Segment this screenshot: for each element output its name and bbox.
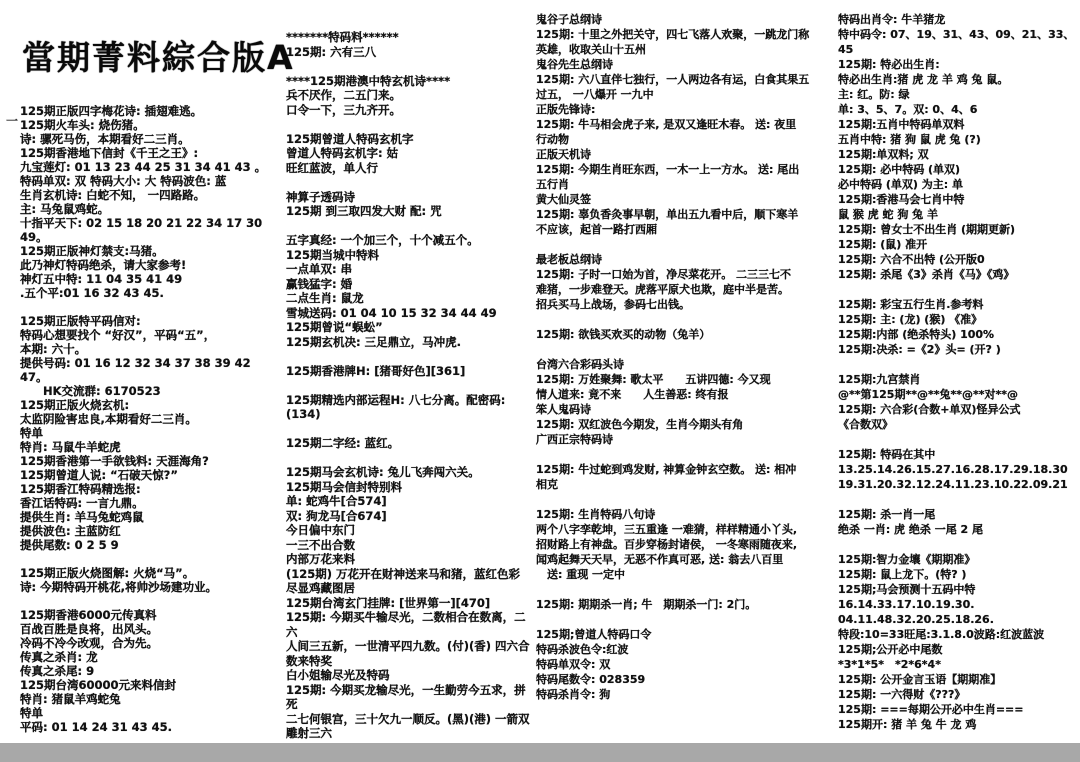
text-line: 雕射三六 <box>286 726 534 741</box>
text-line <box>536 312 832 327</box>
text-line: 125期: 期期杀一肖; 牛 期期杀一门: 2门。 <box>536 597 832 612</box>
text-line: 125期: 双红波色今期发，生肖今期头有角 <box>536 417 832 432</box>
text-line <box>536 492 832 507</box>
text-line: 04.11.48.32.20.25.18.26. <box>838 612 1078 627</box>
text-line: 广西正宗特码诗 <box>536 432 832 447</box>
text-line: 招财路上有神盘。百步穿杨封诸侯， 一冬寒雨随夜来, <box>536 537 832 552</box>
text-line: 五字真经: 一个加三个，十个减五个。 <box>286 233 534 248</box>
text-line <box>838 432 1078 447</box>
text-line: 招兵买马上战场，参码七出钱。 <box>536 297 832 312</box>
text-line: 口令一下，三九齐开。 <box>286 103 534 118</box>
text-line: 台湾六合彩码头诗 <box>536 357 832 372</box>
text-line: 特中码令: 07、19、31、43、09、21、33、45 <box>838 27 1078 57</box>
text-line: 诗: 今期特码开桃花,将帅沙场建功业。 <box>20 580 276 594</box>
text-line: (125期) 万花开在财神送来马和猪，蓝红色彩 <box>286 567 534 582</box>
scan-artifact-dash: 一 <box>6 112 18 129</box>
text-line: 难猪，一步难登天。虎落平原犬也欺，庭中半是苦。 <box>536 282 832 297</box>
text-line <box>536 237 832 252</box>
text-line <box>838 537 1078 552</box>
text-line: 此乃神灯特码绝杀，请大家参考! <box>20 258 276 272</box>
text-line: 闻鸡起舞天天早，无恶不作真可恶, 送: 翁去八百里 <box>536 552 832 567</box>
scanner-background-strip <box>0 743 1080 762</box>
text-line: 最老板总纲诗 <box>536 252 832 267</box>
text-line: 特段:10=33旺尾:3.1.8.0波路:红波蓝波 <box>838 627 1078 642</box>
text-line <box>838 282 1078 297</box>
text-line: 125期: 牛过蛇到鸡发财, 神算金钟玄空数。 送: 相冲 <box>536 462 832 477</box>
text-line: 提供波色: 主蓝防红 <box>20 524 276 538</box>
text-line: 神灯五中特: 11 04 35 41 49 <box>20 272 276 286</box>
text-line: 主: 马兔鼠鸡蛇。 <box>20 202 276 216</box>
text-line: 今日偏中东门 <box>286 523 534 538</box>
text-line: 125期: 牛马相会虎子来, 是双又逢旺木春。 送: 夜里 <box>536 117 832 132</box>
text-line: 125期: 今期生肖旺东西，一木一上一方水。 送: 尾出 <box>536 162 832 177</box>
text-line: 单: 蛇鸡牛[合574] <box>286 494 534 509</box>
text-line: 特单 <box>20 426 276 440</box>
column-3: 鬼谷子总纲诗125期: 十里之外把关守，四七飞落人欢聚，一跳龙门称英雄，收取关山… <box>536 12 832 702</box>
text-line: 125期香港6000元传真料 <box>20 608 276 622</box>
text-line: 125期: 一六得财《???》 <box>838 687 1078 702</box>
text-line: 特肖: 马鼠牛羊蛇虎 <box>20 440 276 454</box>
text-line: 125期马会玄机诗: 兔儿飞奔闯六关。 <box>286 465 534 480</box>
text-line: 125期开: 猪 羊 兔 牛 龙 鸡 <box>838 717 1078 732</box>
text-line: 必中特码 (单双) 为主: 单 <box>838 177 1078 192</box>
text-line: @**第125期**@**兔**@**对**@ <box>838 387 1078 402</box>
text-line: 125期;公开必中尾数 <box>838 642 1078 657</box>
text-line: 一三不出合数 <box>286 538 534 553</box>
text-line: 125期玄机决: 三足鼎立，马冲虎. <box>286 335 534 350</box>
text-line: 十指平天下: 02 15 18 20 21 22 34 17 30 49。 <box>20 216 276 244</box>
text-line: *3*1*5* *2*6*4* <box>838 657 1078 672</box>
text-line: 百战百胜是良将，出风头。 <box>20 622 276 636</box>
text-line <box>286 422 534 437</box>
text-line <box>286 378 534 393</box>
text-line: 五行肖 <box>536 177 832 192</box>
text-line: 125期香港地下信封《千王之王》: <box>20 146 276 160</box>
text-line: 特码杀波色令:红波 <box>536 642 832 657</box>
text-line: 送: 重现 一定中 <box>536 567 832 582</box>
text-line: 特必出生肖:猪 虎 龙 羊 鸡 兔 鼠。 <box>838 72 1078 87</box>
text-line: 传真之杀肖: 龙 <box>20 650 276 664</box>
text-line: 黄大仙灵签 <box>536 192 832 207</box>
text-line: 125期: 曾女士不出生肖 (期期更新) <box>838 222 1078 237</box>
text-line: 125期火车头: 烧伤猪。 <box>20 118 276 132</box>
text-line: 125期 到三取四发大财 配: 咒 <box>286 204 534 219</box>
text-line: 125期: 子时一口始为首，净尽菜花开。 二三三七不 <box>536 267 832 282</box>
text-line: 冷码不冷今改观，合为先。 <box>20 636 276 650</box>
text-line: 125期: (鼠) 准开 <box>838 237 1078 252</box>
text-line: 相克 <box>536 477 832 492</box>
text-line: 主: 红。防: 绿 <box>838 87 1078 102</box>
column-4: 特码出肖令: 牛羊猪龙特中码令: 07、19、31、43、09、21、33、45… <box>838 12 1078 732</box>
text-line: 125期: ===每期公开必中生肖=== <box>838 702 1078 717</box>
text-line: 不应该，起首一路打西厢 <box>536 222 832 237</box>
text-line: 神算子透码诗 <box>286 190 534 205</box>
text-line: 125期香港牌H: [猪哥好色][361] <box>286 364 534 379</box>
text-line: 125期:内部 (绝杀特头) 100% <box>838 327 1078 342</box>
text-line: 双: 狗龙马[合674] <box>286 509 534 524</box>
text-line: 特码心想要找个 “好汉”，平码“五”， <box>20 328 276 342</box>
text-line: 125期: 公开金言玉语【期期准】 <box>838 672 1078 687</box>
text-line: 125期: 今期买牛输尽光，二数相合在数离，二六 <box>286 610 534 639</box>
text-line <box>536 612 832 627</box>
text-line: 提供号码: 01 16 12 32 34 37 38 39 42 47。 <box>20 356 276 384</box>
text-line: 本期: 六十。 <box>20 342 276 356</box>
text-line: 雪城送码: 01 04 10 15 32 34 44 49 <box>286 306 534 321</box>
text-line: 香江话特码: 一言九鼎。 <box>20 496 276 510</box>
text-line: 太监阴险害忠良,本期看好二三肖。 <box>20 412 276 426</box>
text-line: 《合数双》 <box>838 417 1078 432</box>
text-line: 内部万花来料 <box>286 552 534 567</box>
text-line: 125期香港第一手欲钱料: 天涯海角? <box>20 454 276 468</box>
text-line: 125期台湾玄门挂牌: [世界第一][470] <box>286 596 534 611</box>
text-line: 特码杀肖令: 狗 <box>536 687 832 702</box>
text-line: 125期: 特必出生肖: <box>838 57 1078 72</box>
text-line: 单: 3、5、7。双: 0、4、6 <box>838 102 1078 117</box>
text-line: 125期: 欲钱买欢买的动物（兔羊） <box>536 327 832 342</box>
text-line: 人间三五新，一世清平四九数。(付)(香) 四六合 <box>286 639 534 654</box>
text-line: 125期: 六合彩(合数+单双)怪异公式 <box>838 402 1078 417</box>
text-line <box>536 447 832 462</box>
text-line: 125期曾道人说: “石破天惊?” <box>20 468 276 482</box>
text-line: 125期:九宫禁肖 <box>838 372 1078 387</box>
text-line: 125期正版特平码信对: <box>20 314 276 328</box>
text-line: 特码单双: 双 特码大小: 大 特码波色: 蓝 <box>20 174 276 188</box>
text-line: 125期: 杀一肖一尾 <box>838 507 1078 522</box>
text-line: 125期: 必中特码 (单双) <box>838 162 1078 177</box>
text-line: 16.14.33.17.10.19.30. <box>838 597 1078 612</box>
text-line: 二七何银宫，三十欠九一顺反。(黑)(港) 一箭双 <box>286 712 534 727</box>
text-line <box>536 342 832 357</box>
text-line <box>286 451 534 466</box>
text-line: 125期香江特码精选报: <box>20 482 276 496</box>
text-line: 125期正版火烧图解: 火烧“马”。 <box>20 566 276 580</box>
text-line: 特码单双令: 双 <box>536 657 832 672</box>
text-line: 特码尾数令: 028359 <box>536 672 832 687</box>
text-line: 英雄，收取关山十五州 <box>536 42 832 57</box>
text-line: 125期: 杀尾《3》杀肖《马》《鸡》 <box>838 267 1078 282</box>
text-line: 行动物 <box>536 132 832 147</box>
text-line: 125期正版神灯禁支:马猪。 <box>20 244 276 258</box>
text-line: 鬼谷先生总纲诗 <box>536 57 832 72</box>
text-line: 125期: 生肖特码八句诗 <box>536 507 832 522</box>
text-line: 125期精选内部运程H: 八七分离。配密码: (134) <box>286 393 534 422</box>
text-line: 125期: 万姓聚舞: 歌太平 五讲四德: 今又现 <box>536 372 832 387</box>
text-line: 白小姐输尽光及特码 <box>286 668 534 683</box>
text-line: 赢钱猛字: 婚 <box>286 277 534 292</box>
text-line: 125期马会信封特别料 <box>286 480 534 495</box>
text-line: 125期: 主: (龙) (猴) 《准》 <box>838 312 1078 327</box>
text-line: 13.25.14.26.15.27.16.28.17.29.18.30 <box>838 462 1078 477</box>
text-line <box>286 59 534 74</box>
column-1: 125期正版四字梅花诗: 插翅难逃。125期火车头: 烧伤猪。诗: 骡死马伤，本… <box>20 104 276 734</box>
text-line: 125期:五肖中特码单双料 <box>838 117 1078 132</box>
text-line: 诗: 骡死马伤，本期看好二三肖。 <box>20 132 276 146</box>
text-line: 平码: 01 14 24 31 43 45. <box>20 720 276 734</box>
text-line: 旺红蓝波，单人行 <box>286 161 534 176</box>
text-line: 传真之杀尾: 9 <box>20 664 276 678</box>
text-line: 一点单双: 串 <box>286 262 534 277</box>
text-line: 125期: 鼠上龙下。(特? ) <box>838 567 1078 582</box>
text-line: 绝杀 一肖: 虎 绝杀 一尾 2 尾 <box>838 522 1078 537</box>
text-line: 两个八字孪乾坤，三五重逢 一难猜，样样精通小丫头, <box>536 522 832 537</box>
text-line: ****125期港澳中特玄机诗**** <box>286 74 534 89</box>
text-line: 125期: 特码在其中 <box>838 447 1078 462</box>
text-line <box>286 175 534 190</box>
text-line: 125期: 十里之外把关守，四七飞落人欢聚，一跳龙门称 <box>536 27 832 42</box>
text-line <box>286 349 534 364</box>
column-2: *******特码料******125期: 六有三八 ****125期港澳中特玄… <box>286 30 534 741</box>
text-line: 125期曾道人特码玄机字 <box>286 132 534 147</box>
text-line: 尽显鸡藏图居 <box>286 581 534 596</box>
text-line: 125期:单双料; 双 <box>838 147 1078 162</box>
text-line: 鬼谷子总纲诗 <box>536 12 832 27</box>
text-line: 生肖玄机诗: 白蛇不知， 一四路路。 <box>20 188 276 202</box>
text-line: 125期:决杀: =《2》头= (开? ) <box>838 342 1078 357</box>
text-line: 特单 <box>20 706 276 720</box>
text-line <box>20 594 276 608</box>
text-line: 鼠 猴 虎 蛇 狗 兔 羊 <box>838 207 1078 222</box>
text-line: 125期: 彩宝五行生肖.参考料 <box>838 297 1078 312</box>
text-line: 125期: 今期买龙输尽光，一生勤劳今五求，拼死 <box>286 683 534 712</box>
text-line: 过五， 一八爆开 一九中 <box>536 87 832 102</box>
text-line <box>286 219 534 234</box>
text-line: 正版先锋诗: <box>536 102 832 117</box>
text-line: 125期:香港马会七肖中特 <box>838 192 1078 207</box>
text-line <box>838 492 1078 507</box>
text-line <box>838 357 1078 372</box>
text-line: 曾道人特码玄机字: 姑 <box>286 146 534 161</box>
text-line: 特肖: 猪鼠羊鸡蛇兔 <box>20 692 276 706</box>
text-line: 笨人鬼码诗 <box>536 402 832 417</box>
text-line: 125期二字经: 蓝红。 <box>286 436 534 451</box>
text-line: 19.31.20.32.12.24.11.23.10.22.09.21 <box>838 477 1078 492</box>
text-line: 125期曾说“蜈蚣” <box>286 320 534 335</box>
text-line: 提供尾数: 0 2 5 9 <box>20 538 276 552</box>
text-line: 提供生肖: 羊马兔蛇鸡鼠 <box>20 510 276 524</box>
text-line: 情人道来: 竟不来 人生善恶: 终有报 <box>536 387 832 402</box>
text-line: 125期: 六有三八 <box>286 45 534 60</box>
text-line <box>20 552 276 566</box>
text-line: 兵不厌作，二五门来。 <box>286 88 534 103</box>
text-line <box>20 300 276 314</box>
scanned-tip-sheet-page: 當期菁料綜合版A 一 125期正版四字梅花诗: 插翅难逃。125期火车头: 烧伤… <box>0 0 1080 762</box>
text-line <box>286 117 534 132</box>
text-line: 125期;曾道人特码口令 <box>536 627 832 642</box>
text-line: 125期正版火烧玄机: <box>20 398 276 412</box>
text-line: 数来特奖 <box>286 654 534 669</box>
text-line: *******特码料****** <box>286 30 534 45</box>
text-line: 二点生肖: 鼠龙 <box>286 291 534 306</box>
text-line: 五肖中特: 猪 狗 鼠 虎 兔 (?) <box>838 132 1078 147</box>
text-line: 125期: 六合不出特 (公开版0 <box>838 252 1078 267</box>
text-line <box>536 582 832 597</box>
text-line: 125期台湾60000元来料信封 <box>20 678 276 692</box>
page-title: 當期菁料綜合版A <box>22 32 282 79</box>
text-line: 九宝莲灯: 01 13 23 44 25 31 34 41 43 。 <box>20 160 276 174</box>
text-line: 125期: 六八直伴七独行，一人两边各有运，白食其果五 <box>536 72 832 87</box>
text-line: .五个平:01 16 32 43 45. <box>20 286 276 300</box>
text-line: 125期: 辜负香灸事早朝，单出五九看中后，顺下寒羊 <box>536 207 832 222</box>
text-line: 正版天机诗 <box>536 147 832 162</box>
text-line: 125期;马会预测十五码中特 <box>838 582 1078 597</box>
text-line: 125期当城中特料 <box>286 248 534 263</box>
text-line: 125期正版四字梅花诗: 插翅难逃。 <box>20 104 276 118</box>
text-line: 特码出肖令: 牛羊猪龙 <box>838 12 1078 27</box>
text-line: 125期:智力金壤《期期准》 <box>838 552 1078 567</box>
text-line: HK交流群: 6170523 <box>20 384 276 398</box>
